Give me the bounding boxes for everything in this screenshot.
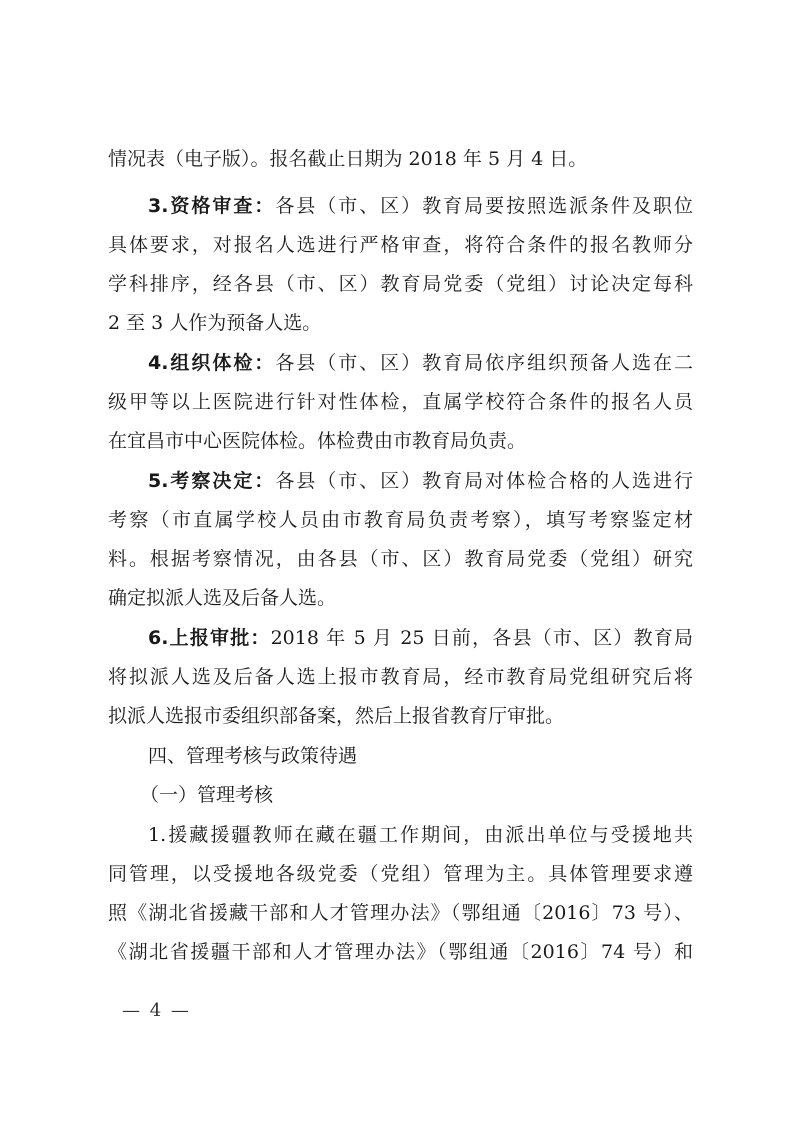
paragraph-line: 《湖北省援疆干部和人才管理办法》（鄂组通〔2016〕74 号）和 — [108, 939, 693, 965]
step-6-heading-line: 6.上报审批：2018 年 5 月 25 日前，各县（市、区）教育局 — [148, 625, 693, 651]
step-3-text: 各县（市、区）教育局要按照选派条件及职位 — [275, 195, 693, 217]
paragraph-line: 具体要求，对报名人选进行严格审查，将符合条件的报名教师分 — [108, 232, 693, 258]
step-3-label: 3.资格审查： — [148, 195, 275, 217]
step-6-label: 6.上报审批： — [148, 627, 271, 649]
document-page: 情况表（电子版）。报名截止日期为 2018 年 5 月 4 日。 3.资格审查：… — [0, 0, 793, 1122]
paragraph-line: 考察（市直属学校人员由市教育局负责考察），填写考察鉴定材 — [108, 507, 693, 533]
paragraph-line: 将拟派人选及后备人选上报市教育局，经市教育局党组研究后将 — [108, 664, 693, 690]
paragraph-line: 在宜昌市中心医院体检。体检费由市教育局负责。 — [108, 428, 693, 454]
step-5-label: 5.考察决定： — [148, 470, 275, 492]
step-3-heading-line: 3.资格审查：各县（市、区）教育局要按照选派条件及职位 — [148, 193, 693, 219]
paragraph-line: 1.援藏援疆教师在藏在疆工作期间，由派出单位与受援地共 — [148, 822, 693, 848]
step-5-heading-line: 5.考察决定：各县（市、区）教育局对体检合格的人选进行 — [148, 468, 693, 494]
paragraph-line: 级甲等以上医院进行针对性体检，直属学校符合条件的报名人员 — [108, 389, 693, 415]
subsection-heading: （一）管理考核 — [140, 782, 685, 808]
paragraph-line: 拟派人选报市委组织部备案，然后上报省教育厅审批。 — [108, 703, 693, 729]
step-5-text: 各县（市、区）教育局对体检合格的人选进行 — [275, 470, 693, 492]
step-4-label: 4.组织体检： — [148, 352, 275, 374]
paragraph-line: 料。根据考察情况，由各县（市、区）教育局党委（党组）研究 — [108, 546, 693, 572]
paragraph-line: 照《湖北省援藏干部和人才管理办法》（鄂组通〔2016〕73 号）、 — [108, 900, 693, 926]
paragraph-line: 确定拟派人选及后备人选。 — [108, 585, 693, 611]
paragraph-line: 同管理，以受援地各级党委（党组）管理为主。具体管理要求遵 — [108, 861, 693, 887]
paragraph-line: 2 至 3 人作为预备人选。 — [108, 310, 693, 336]
step-6-text: 2018 年 5 月 25 日前，各县（市、区）教育局 — [271, 627, 693, 649]
page-number: — 4 — — [122, 1000, 191, 1021]
paragraph-line: 情况表（电子版）。报名截止日期为 2018 年 5 月 4 日。 — [108, 146, 693, 172]
section-heading: 四、管理考核与政策待遇 — [148, 743, 693, 769]
paragraph-line: 学科排序，经各县（市、区）教育局党委（党组）讨论决定每科 — [108, 271, 693, 297]
step-4-heading-line: 4.组织体检：各县（市、区）教育局依序组织预备人选在二 — [148, 350, 693, 376]
step-4-text: 各县（市、区）教育局依序组织预备人选在二 — [275, 352, 693, 374]
